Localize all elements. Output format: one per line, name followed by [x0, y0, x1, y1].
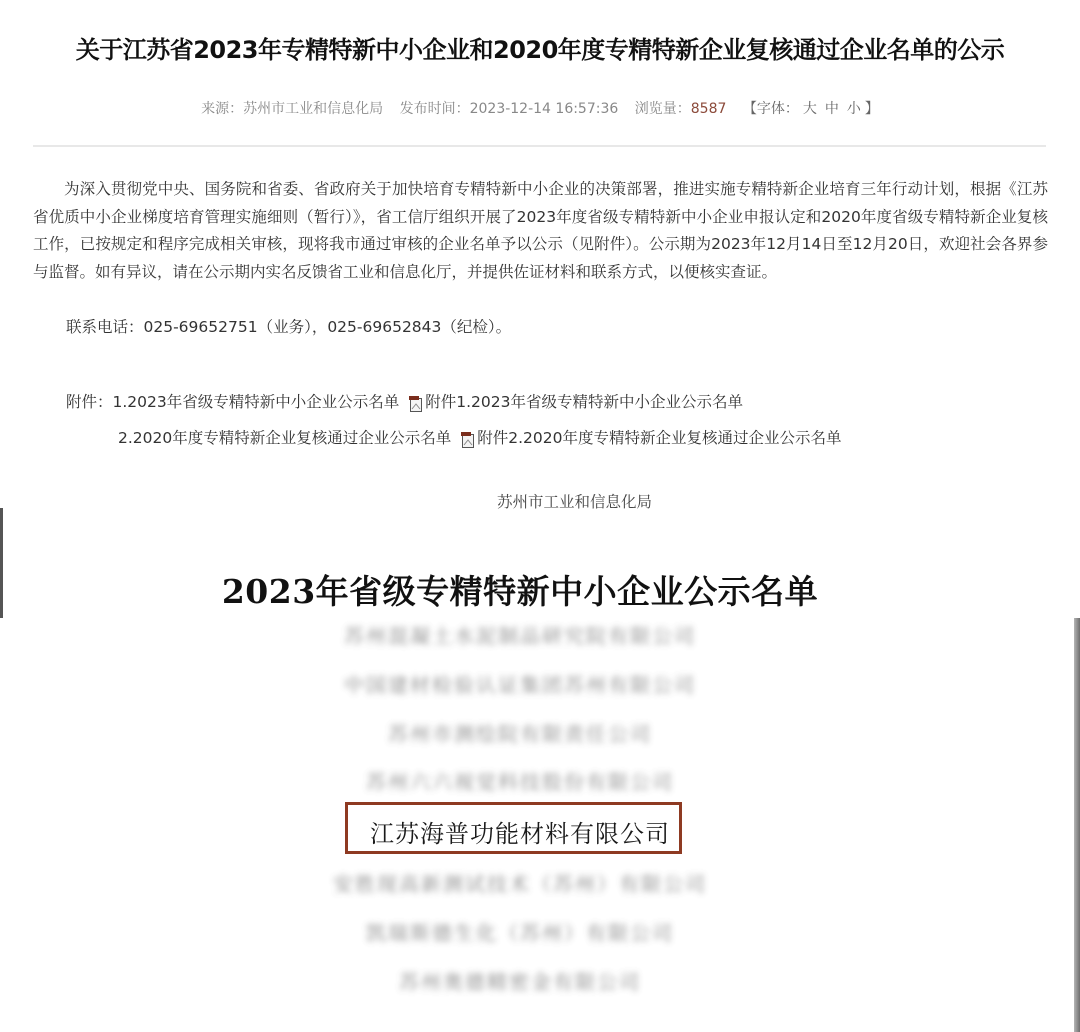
list-document-title: 2023年省级专精特新中小企业公示名单	[0, 566, 1040, 613]
attachments-section: 附件： 1.2023年省级专精特新中小企业公示名单 附件1.2023年省级专精特…	[66, 384, 842, 456]
attachment-2-download-link[interactable]: 附件2.2020年度专精特新企业复核通过企业公示名单	[477, 425, 841, 451]
attachments-label: 附件：	[66, 389, 113, 415]
source-info: 来源：苏州市工业和信息化局	[201, 101, 383, 117]
publish-info: 发布时间：2023-12-14 16:57:36	[400, 101, 619, 117]
font-size-medium-button[interactable]: 中	[825, 101, 839, 117]
company-item-blurred: 苏州六六视觉科技股份有限公司	[0, 766, 1040, 795]
source-label: 来源：	[201, 101, 243, 117]
company-item-blurred: 安胜现高新测试技术（苏州）有限公司	[0, 868, 1040, 897]
company-item-blurred: 凯瑞斯德生化（苏州）有限公司	[0, 917, 1040, 946]
publish-label: 发布时间：	[400, 101, 470, 117]
pdf-file-icon	[409, 394, 423, 410]
attachment-1-download-link[interactable]: 附件1.2023年省级专精特新中小企业公示名单	[425, 389, 743, 415]
pdf-file-icon	[461, 430, 475, 446]
attachment-1-text: 1.2023年省级专精特新中小企业公示名单	[113, 389, 400, 415]
company-item-blurred: 苏州市测绘院有限责任公司	[0, 718, 1040, 747]
document-edge-right	[1074, 618, 1080, 1032]
font-size-large-button[interactable]: 大	[803, 101, 817, 117]
company-item-blurred: 中国建材检验认证集团苏州有限公司	[0, 669, 1040, 698]
article-meta-bar: 来源：苏州市工业和信息化局 发布时间：2023-12-14 16:57:36 浏…	[0, 98, 1080, 118]
company-item-blurred: 苏州奥德精密金有限公司	[0, 966, 1040, 995]
attachment-row-1: 附件： 1.2023年省级专精特新中小企业公示名单 附件1.2023年省级专精特…	[66, 384, 842, 420]
contact-info: 联系电话：025-69652751（业务），025-69652843（纪检）。	[66, 315, 511, 337]
source-value: 苏州市工业和信息化局	[243, 101, 383, 117]
company-item-highlighted: 江苏海普功能材料有限公司	[0, 814, 1040, 849]
title-divider	[33, 145, 1046, 147]
attachment-2-text: 2.2020年度专精特新企业复核通过企业公示名单	[118, 425, 451, 451]
issuer-signature: 苏州市工业和信息化局	[497, 490, 652, 512]
views-count: 8587	[691, 101, 727, 117]
font-size-control: 【字体：大中小】	[743, 101, 879, 117]
font-size-label: 【字体：	[743, 101, 799, 117]
font-size-small-button[interactable]: 小	[847, 101, 861, 117]
views-info: 浏览量：8587	[635, 101, 727, 117]
attachment-row-2: 2.2020年度专精特新企业复核通过企业公示名单 附件2.2020年度专精特新企…	[66, 420, 842, 456]
article-title: 关于江苏省2023年专精特新中小企业和2020年度专精特新企业复核通过企业名单的…	[0, 30, 1080, 65]
publish-time: 2023-12-14 16:57:36	[470, 101, 619, 117]
views-label: 浏览量：	[635, 101, 691, 117]
font-size-close-bracket: 】	[865, 101, 879, 117]
company-item-blurred: 苏州混凝土水泥制品研究院有限公司	[0, 620, 1040, 649]
body-paragraph: 为深入贯彻党中央、国务院和省委、省政府关于加快培育专精特新中小企业的决策部署，推…	[33, 176, 1048, 286]
